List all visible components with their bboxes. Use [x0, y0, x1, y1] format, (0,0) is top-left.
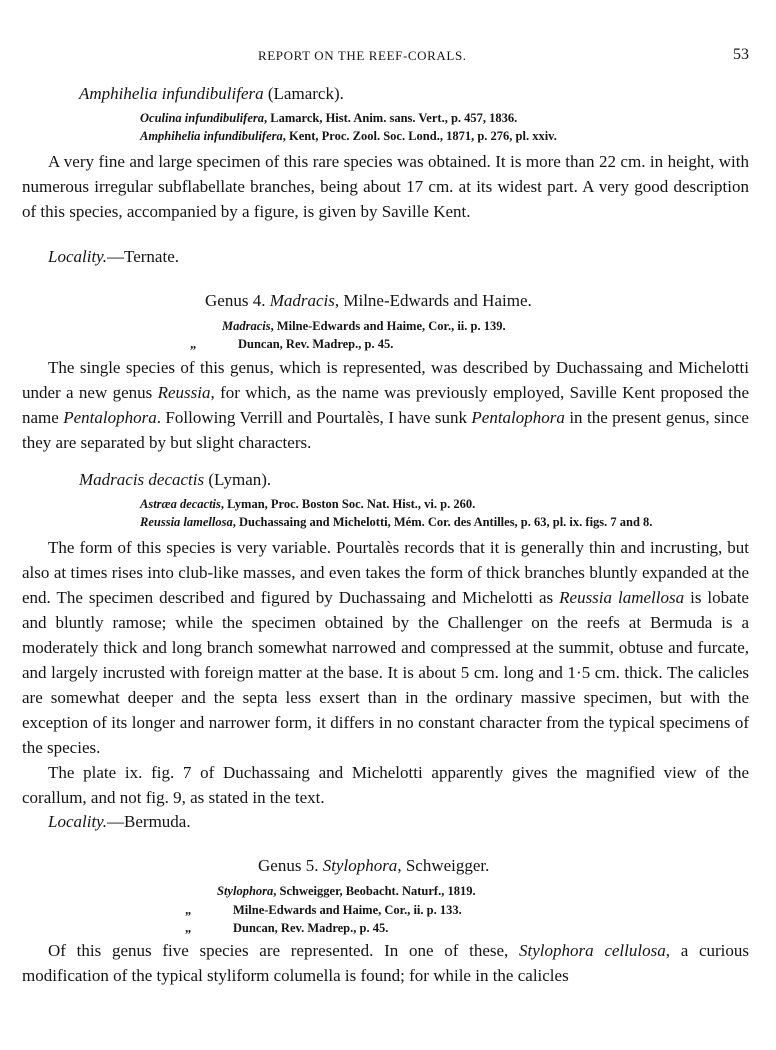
genus-prefix: Genus 5.: [258, 856, 318, 875]
synonym-name: Oculina infundibulifera: [140, 111, 264, 125]
synonym-line: Amphihelia infundibulifera, Kent, Proc. …: [140, 129, 557, 144]
locality-value: —Ternate.: [107, 247, 179, 266]
synonym-name: Amphihelia infundibulifera: [140, 129, 283, 143]
paragraph-text: The plate ix. fig. 7 of Duchassaing and …: [22, 760, 749, 810]
species-heading: Madracis decactis (Lyman).: [79, 470, 271, 490]
species-authority: (Lyman).: [208, 470, 271, 489]
species-authority: (Lamarck).: [268, 84, 344, 103]
synonym-ref: Duncan, Rev. Madrep., p. 45.: [238, 337, 393, 351]
genus-heading: Genus 5. Stylophora, Schweigger.: [258, 856, 489, 876]
synonym-line: Stylophora, Schweigger, Beobacht. Naturf…: [217, 884, 476, 899]
synonym-line: „Duncan, Rev. Madrep., p. 45.: [190, 337, 393, 352]
synonym-ref: , Lamarck, Hist. Anim. sans. Vert., p. 4…: [264, 111, 517, 125]
synonym-ref: Duncan, Rev. Madrep., p. 45.: [233, 921, 388, 935]
paragraph: A very fine and large specimen of this r…: [22, 149, 749, 224]
synonym-ref: , Lyman, Proc. Boston Soc. Nat. Hist., v…: [221, 497, 475, 511]
synonym-ref: , Duchassaing and Michelotti, Mém. Cor. …: [233, 515, 653, 529]
synonym-ref: Milne-Edwards and Haime, Cor., ii. p. 13…: [233, 903, 462, 917]
genus-prefix: Genus 4.: [205, 291, 265, 310]
paragraph-text: A very fine and large specimen of this r…: [22, 149, 749, 224]
synonym-line: Oculina infundibulifera, Lamarck, Hist. …: [140, 111, 517, 126]
genus-heading: Genus 4. Madracis, Milne-Edwards and Hai…: [205, 291, 532, 311]
synonym-line: Reussia lamellosa, Duchassaing and Miche…: [140, 515, 652, 530]
synonym-line: „Duncan, Rev. Madrep., p. 45.: [185, 921, 388, 936]
locality-label: Locality.: [48, 247, 107, 266]
synonym-ref: , Kent, Proc. Zool. Soc. Lond., 1871, p.…: [283, 129, 557, 143]
genus-name: Madracis: [270, 291, 335, 310]
genus-name: Stylophora: [323, 856, 398, 875]
locality-value: —Bermuda.: [107, 812, 191, 831]
paragraph-text: The single species of this genus, which …: [22, 355, 749, 455]
paragraph-text: Of this genus five species are represent…: [22, 938, 749, 988]
locality-line: Locality.—Ternate.: [48, 247, 179, 267]
synonym-name: Madracis: [222, 319, 271, 333]
synonym-line: Astræa decactis, Lyman, Proc. Boston Soc…: [140, 497, 475, 512]
synonym-name: Stylophora: [217, 884, 273, 898]
ditto-mark: „: [185, 903, 233, 918]
ditto-mark: „: [190, 337, 238, 352]
synonym-name: Astræa decactis: [140, 497, 221, 511]
paragraph: The form of this species is very variabl…: [22, 535, 749, 810]
paragraph: Of this genus five species are represent…: [22, 938, 749, 988]
paragraph-text: The form of this species is very variabl…: [22, 535, 749, 760]
synonym-line: Madracis, Milne-Edwards and Haime, Cor.,…: [222, 319, 506, 334]
synonym-ref: , Milne-Edwards and Haime, Cor., ii. p. …: [271, 319, 506, 333]
synonym-line: „Milne-Edwards and Haime, Cor., ii. p. 1…: [185, 903, 462, 918]
running-title: REPORT ON THE REEF-CORALS.: [258, 48, 467, 64]
synonym-name: Reussia lamellosa: [140, 515, 233, 529]
paragraph: The single species of this genus, which …: [22, 355, 749, 455]
genus-authority: , Schweigger.: [397, 856, 489, 875]
locality-label: Locality.: [48, 812, 107, 831]
species-heading: Amphihelia infundibulifera (Lamarck).: [79, 84, 344, 104]
species-name: Madracis decactis: [79, 470, 204, 489]
page-number: 53: [733, 46, 749, 64]
synonym-ref: , Schweigger, Beobacht. Naturf., 1819.: [273, 884, 475, 898]
locality-line: Locality.—Bermuda.: [48, 812, 191, 832]
species-name: Amphihelia infundibulifera: [79, 84, 264, 103]
genus-authority: , Milne-Edwards and Haime.: [335, 291, 532, 310]
ditto-mark: „: [185, 921, 233, 936]
